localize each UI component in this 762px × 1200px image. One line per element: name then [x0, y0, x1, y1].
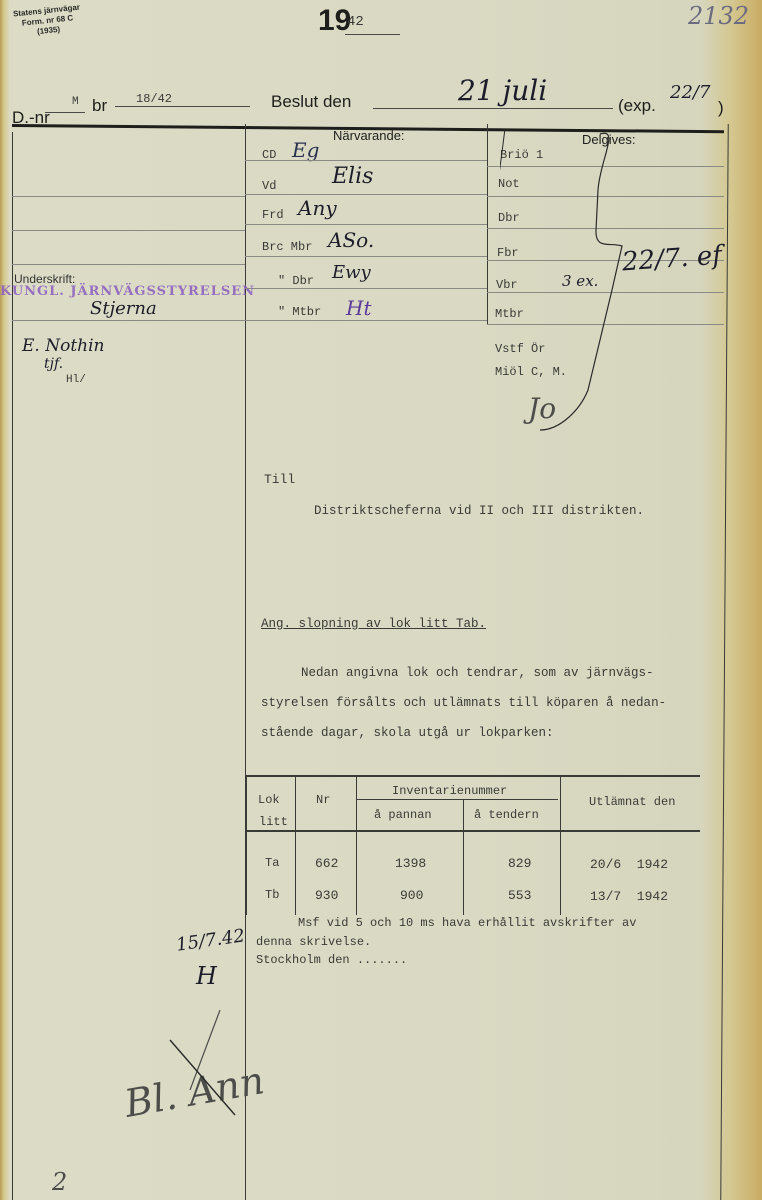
decision-date: 21 juli — [458, 74, 547, 107]
cell-tender: 553 — [508, 888, 531, 903]
footnote-line: Msf vid 5 och 10 ms hava erhållit avskri… — [298, 916, 636, 930]
year-suffix: 42 — [347, 14, 364, 30]
col-header-inventory: Inventarienummer — [392, 784, 507, 798]
archive-number: 2132 — [688, 2, 749, 30]
exp-label: (exp. — [618, 96, 656, 116]
exp-close: ) — [718, 98, 724, 118]
body-line: styrelsen försålts och utlämnats till kö… — [261, 688, 721, 718]
cell-delivered: 13/7 1942 — [590, 889, 668, 904]
cell-boiler: 900 — [400, 888, 423, 903]
cell-litt: Tb — [265, 888, 279, 902]
present-initials: Elis — [332, 164, 373, 189]
present-role: Vd — [262, 179, 276, 193]
cell-litt: Ta — [265, 856, 279, 870]
col-header-litt: litt — [259, 815, 288, 829]
col-header-nr: Nr — [316, 793, 330, 807]
br-value: 18/42 — [136, 92, 172, 106]
cell-nr: 662 — [315, 856, 338, 871]
countersigner-note: tjf. — [44, 356, 63, 372]
col-header-lok: Lok — [258, 793, 280, 807]
present-initials: Eg — [292, 138, 319, 162]
letter-body: Nedan angivna lok och tendrar, som av jä… — [261, 658, 721, 748]
margin-initials: H — [196, 962, 217, 990]
cell-boiler: 1398 — [395, 856, 426, 871]
present-heading: Närvarande: — [333, 128, 405, 143]
br-label: br — [92, 96, 107, 116]
body-line: Nedan angivna lok och tendrar, som av jä… — [261, 658, 721, 688]
present-initials: Any — [298, 196, 337, 220]
cell-nr: 930 — [315, 888, 338, 903]
dnr-value: M — [72, 96, 79, 108]
typist-initials: Hl/ — [66, 374, 86, 386]
present-initials: Ht — [346, 296, 371, 320]
present-initials: Ewy — [332, 262, 371, 283]
bottom-mark: 2 — [52, 1168, 67, 1196]
document-page: Statens järnvägar Form. nr 68 C (1935) 1… — [0, 0, 762, 1200]
official-stamp: KUNGL. JÄRNVÄGSSTYRELSEN — [0, 284, 255, 299]
exp-value: 22/7 — [670, 82, 710, 103]
cell-tender: 829 — [508, 856, 531, 871]
letter-salutation: Till — [264, 472, 295, 487]
present-role: Frd — [262, 208, 284, 222]
pencil-stroke-icon — [160, 1000, 250, 1120]
present-initials: ASo. — [328, 228, 374, 252]
present-role: " Mtbr — [278, 305, 321, 319]
cell-delivered: 20/6 1942 — [590, 857, 668, 872]
present-role: " Dbr — [278, 274, 314, 288]
col-header-delivered: Utlämnat den — [589, 795, 675, 809]
countersigner-signature: E. Nothin — [22, 336, 105, 356]
letter-subject: Ang. slopning av lok litt Tab. — [261, 617, 486, 631]
present-role: Brc Mbr — [262, 240, 312, 254]
margin-date-note: 15/7.42 — [175, 925, 246, 955]
footnote-line: denna skrivelse. — [256, 935, 371, 949]
body-line: stående dagar, skola utgå ur lokparken: — [261, 718, 721, 748]
form-identifier: Statens järnvägar Form. nr 68 C (1935) — [13, 3, 83, 40]
letter-recipient: Distriktscheferna vid II och III distrik… — [314, 504, 644, 518]
col-header-tender: å tendern — [474, 808, 539, 822]
distribution-initials: Jo — [528, 392, 556, 425]
signer-signature: Stjerna — [90, 298, 157, 319]
decision-label: Beslut den — [271, 92, 351, 112]
footnote-line: Stockholm den ....... — [256, 953, 407, 967]
col-header-boiler: å pannan — [374, 808, 432, 822]
